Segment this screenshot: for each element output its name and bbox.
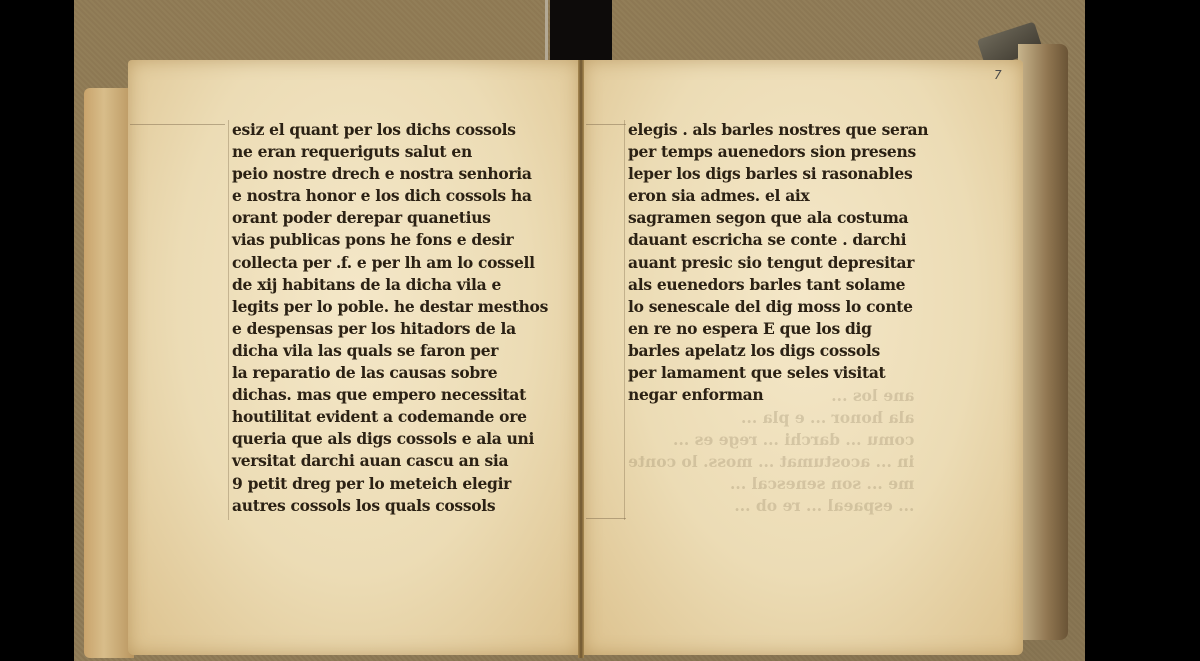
text-line: houtilitat evident a codemande ore — [232, 406, 548, 428]
text-line: barles apelatz los digs cossols — [628, 340, 928, 362]
text-line: collecta per .f. e per lh am lo cossell — [232, 252, 548, 274]
text-line: vias publicas pons he fons e desir — [232, 229, 548, 251]
text-line: queria que als digs cossols e ala uni — [232, 428, 548, 450]
bleed-line: ala honor ... e pla ... — [628, 407, 914, 429]
text-line: e despensas per los hitadors de la — [232, 318, 548, 340]
bleed-line: ane los ... — [628, 385, 914, 407]
book-gutter — [578, 60, 584, 658]
bleed-through-text: ane los ... ala honor ... e pla ... comu… — [628, 385, 914, 518]
text-line: en re no espera E que los dig — [628, 318, 928, 340]
left-page-text: esiz el quant per los dichs cossols ne e… — [232, 119, 548, 517]
text-line: lo senescale del dig moss lo conte — [628, 296, 928, 318]
text-line: de xij habitans de la dicha vila e — [232, 274, 548, 296]
text-line: dicha vila las quals se faron per — [232, 340, 548, 362]
margin-rule — [228, 120, 229, 520]
text-line: 9 petit dreg per lo meteich elegir — [232, 473, 548, 495]
text-line: eron sia admes. el aix — [628, 185, 928, 207]
text-line: per lamament que seles visitat — [628, 362, 928, 384]
text-line: legits per lo poble. he destar mesthos — [232, 296, 548, 318]
bleed-line: ... espaeal ... re ob ... — [628, 495, 914, 517]
left-cover-board — [84, 88, 134, 658]
text-line: esiz el quant per los dichs cossols — [232, 119, 548, 141]
bleed-line: in ... acostumat ... moss. lo conte — [628, 451, 914, 473]
right-cover-board — [1018, 44, 1068, 640]
text-line: dichas. mas que empero necessitat — [232, 384, 548, 406]
text-line: elegis . als barles nostres que seran — [628, 119, 928, 141]
dark-gap — [550, 0, 612, 60]
ruling-line — [130, 124, 225, 125]
text-line: versitat darchi auan cascu an sia — [232, 450, 548, 472]
ruling-line — [586, 518, 626, 519]
text-line: dauant escricha se conte . darchi — [628, 229, 928, 251]
text-line: ne eran requeriguts salut en — [232, 141, 548, 163]
text-line: leper los digs barles si rasonables — [628, 163, 928, 185]
right-page-text: elegis . als barles nostres que seran pe… — [628, 119, 928, 406]
text-line: orant poder derepar quanetius — [232, 207, 548, 229]
text-line: auant presic sio tengut depresitar — [628, 252, 928, 274]
text-line: peio nostre drech e nostra senhoria — [232, 163, 548, 185]
bleed-line: me ... son senescal ... — [628, 473, 914, 495]
bleed-line: comu ... darchi ... rege es ... — [628, 429, 914, 451]
text-line: autres cossols los quals cossols — [232, 495, 548, 517]
text-line: la reparatio de las causas sobre — [232, 362, 548, 384]
margin-rule — [624, 120, 625, 520]
text-line: sagramen segon que ala costuma — [628, 207, 928, 229]
ruling-line — [586, 124, 626, 125]
text-line: per temps auenedors sion presens — [628, 141, 928, 163]
text-line: e nostra honor e los dich cossols ha — [232, 185, 548, 207]
text-line: als euenedors barles tant solame — [628, 274, 928, 296]
folio-number: 7 — [994, 68, 1002, 82]
